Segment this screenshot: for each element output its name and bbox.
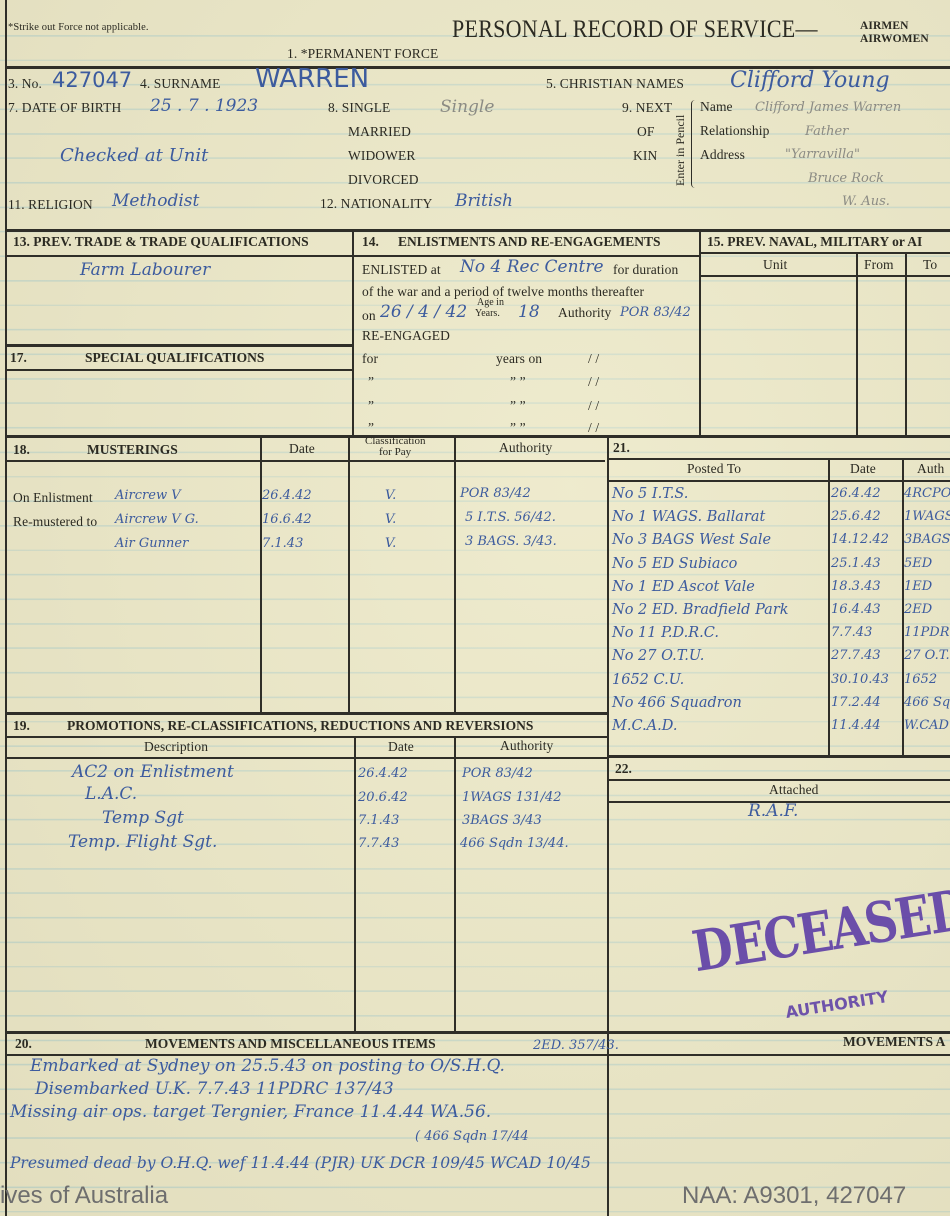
reengaged-label: RE-ENGAGED [362,328,450,344]
musterings-col-authority: Authority [499,440,552,456]
promotion-row-1-description: AC2 on Enlistment [72,762,234,782]
posting-row-posted-to: No 1 WAGS. Ballarat [612,509,765,525]
posting-row-auth: 1WAGS [904,509,950,524]
posting-row-posted-to: No 2 ED. Bradfield Park [612,602,789,618]
next-of-kin-label-2: OF [637,124,654,140]
movements-num: 20. [15,1036,32,1052]
posting-row-posted-to: No 5 I.T.S. [612,486,688,502]
posting-row-posted-to: 1652 C.U. [612,672,684,688]
mustering-row-3-date: 7.1.43 [262,536,303,551]
mustering-row-1-trade: Aircrew V [115,488,181,503]
kin-address-line-3: W. Aus. [842,194,890,209]
mustering-row-2-label: Re-mustered to [13,514,97,530]
surname-value: WARREN [255,64,369,94]
posting-row-auth: 2ED [904,602,950,617]
mustering-row-3-pay: V. [385,536,396,551]
reengaged-row-4-date: / / [588,420,599,436]
kin-address-line-2: Bruce Rock [808,171,884,186]
deceased-stamp-authority: AUTHORITY [784,987,889,1022]
posting-row-auth: 27 O.T.U. [904,648,950,663]
mustering-row-3-authority: 3 BAGS. 3/43. [465,534,557,549]
posting-row-auth: 5ED [904,556,950,571]
prev-trade-value: Farm Labourer [80,260,210,280]
title-suffix-airwomen: AIRWOMEN [860,33,929,45]
promotion-row-4-authority: 466 Sqdn 13/44. [460,836,569,851]
marital-married-label: MARRIED [348,124,411,140]
movements-header: MOVEMENTS AND MISCELLANEOUS ITEMS [145,1036,436,1052]
postings-col-posted-to: Posted To [687,461,741,477]
kin-relationship-label: Relationship [700,123,769,139]
surname-label: 4. SURNAME [140,76,221,92]
mustering-row-3-trade: Air Gunner [115,536,188,551]
movements-line-5: Presumed dead by O.H.Q. wef 11.4.44 (PJR… [10,1154,591,1172]
movements-corner-ref: 2ED. 357/43. [533,1038,619,1053]
musterings-col-date: Date [289,441,315,457]
attached-num: 22. [615,761,632,777]
next-of-kin-label-3: KIN [633,148,657,164]
movements-line-2: Disembarked U.K. 7.7.43 11PDRC 137/43 [35,1079,394,1099]
posting-row-date: 11.4.44 [831,718,881,733]
reengaged-row-4-years: ” ” [510,420,526,436]
service-no-value: 427047 [52,68,132,92]
next-of-kin-label-1: 9. NEXT [622,100,672,116]
dob-value: 25 . 7 . 1923 [150,96,258,116]
posting-row-date: 16.4.43 [831,602,881,617]
watermark-archives: ives of Australia [0,1182,168,1210]
religion-value: Methodist [112,191,199,211]
marital-widower-label: WIDOWER [348,148,415,164]
movements-line-3: Missing air ops. target Tergnier, France… [10,1102,491,1122]
promotions-header: PROMOTIONS, RE-CLASSIFICATIONS, REDUCTIO… [67,718,533,734]
deceased-stamp: DECEASED [688,877,950,985]
movements-right-header: MOVEMENTS A [843,1034,945,1050]
posting-row-date: 26.4.42 [831,486,881,501]
posting-row-posted-to: No 27 O.T.U. [612,648,704,664]
posting-row-posted-to: No 466 Squadron [612,695,742,711]
pencil-note: Enter in Pencil [673,115,688,186]
attached-header: Attached [769,782,819,798]
posting-row-auth: 1652 [904,672,950,687]
reengaged-row-3-for: ” [368,398,374,414]
reengaged-row-1-years: years on [496,351,542,367]
enlistments-num: 14. [362,234,379,250]
reengaged-row-3-date: / / [588,398,599,414]
postings-col-auth: Auth [917,461,944,477]
kin-bracket [691,100,697,188]
promotion-row-2-description: L.A.C. [85,784,137,804]
promotion-row-3-date: 7.1.43 [358,813,399,828]
promotion-row-3-authority: 3BAGS 3/43 [462,813,542,828]
posting-row-auth: 11PDRC [904,625,950,640]
posting-row-auth: 466 Sqn [904,695,950,710]
service-no-label: 3. No. [8,76,42,92]
enlisted-at-label: ENLISTED at [362,262,441,278]
reengaged-row-2-years: ” ” [510,374,526,390]
posting-row-date: 18.3.43 [831,579,881,594]
watermark-naa-reference: NAA: A9301, 427047 [682,1182,906,1210]
nationality-label: 12. NATIONALITY [320,196,432,212]
prev-service-col-to: To [923,257,937,273]
posting-row-auth: 1ED [904,579,950,594]
mustering-row-1-date: 26.4.42 [262,488,312,503]
enlistments-header: ENLISTMENTS AND RE-ENGAGEMENTS [398,234,661,250]
promotion-row-2-date: 20.6.42 [358,790,408,805]
promotion-row-4-date: 7.7.43 [358,836,399,851]
mustering-row-1-pay: V. [385,488,396,503]
reengaged-row-2-date: / / [588,374,599,390]
special-qual-num: 17. [10,350,27,366]
kin-name-label: Name [700,99,733,115]
kin-relationship-value: Father [805,124,848,139]
promotion-row-1-authority: POR 83/42 [462,766,533,781]
reengaged-row-1-date: / / [588,351,599,367]
age-value: 18 [518,302,540,322]
posting-row-date: 25.1.43 [831,556,881,571]
authority-label: Authority [558,305,611,321]
promotions-col-authority: Authority [500,738,553,754]
age-label-2: Years. [475,309,500,319]
enlisted-at-value: No 4 Rec Centre [460,257,604,277]
mustering-row-2-trade: Aircrew V G. [115,512,199,527]
reengaged-row-3-years: ” ” [510,398,526,414]
posting-row-auth: 4RCPO [904,486,950,501]
dob-label: 7. DATE OF BIRTH [8,100,121,116]
kin-address-label: Address [700,147,745,163]
service-record-page: *Strike out Force not applicable. PERSON… [0,0,950,1216]
enlistment-authority-value: POR 83/42 [620,305,691,320]
posting-row-date: 14.12.42 [831,532,889,547]
force-label: 1. *PERMANENT FORCE [287,46,438,62]
checked-note: Checked at Unit [60,145,208,166]
movements-line-4: ( 466 Sqdn 17/44 [415,1129,529,1144]
promotion-row-3-description: Temp Sgt [102,808,184,828]
promotions-col-date: Date [388,739,414,755]
kin-name-value: Clifford James Warren [755,100,901,115]
posting-row-date: 30.10.43 [831,672,889,687]
posting-row-auth: 3BAGS [904,532,950,547]
prev-trade-header: 13. PREV. TRADE & TRADE QUALIFICATIONS [13,234,309,250]
page-title: PERSONAL RECORD OF SERVICE— [452,16,818,44]
posting-row-posted-to: No 1 ED Ascot Vale [612,579,755,595]
promotion-row-2-authority: 1WAGS 131/42 [462,790,562,805]
marital-value: Single [440,97,494,117]
marital-divorced-label: DIVORCED [348,172,419,188]
reengaged-row-4-for: ” [368,420,374,436]
mustering-row-1-label: On Enlistment [13,490,93,506]
posting-row-posted-to: No 3 BAGS West Sale [612,532,771,548]
age-label-1: Age in [477,298,504,308]
promotions-num: 19. [13,718,30,734]
attached-value: R.A.F. [748,801,798,821]
nationality-value: British [455,191,513,211]
special-qual-header: SPECIAL QUALIFICATIONS [85,350,264,366]
prev-service-header: 15. PREV. NAVAL, MILITARY or AI [707,234,922,250]
reengaged-row-1-for: for [362,351,378,367]
posting-row-posted-to: No 11 P.D.R.C. [612,625,719,641]
promotion-row-1-date: 26.4.42 [358,766,408,781]
enlisted-on-label: on [362,308,376,324]
posting-row-auth: W.CAD [904,718,950,733]
strike-note: *Strike out Force not applicable. [8,22,149,33]
movements-line-1: Embarked at Sydney on 25.5.43 on posting… [30,1056,505,1076]
posting-row-posted-to: M.C.A.D. [612,718,677,734]
prev-service-col-unit: Unit [763,257,787,273]
kin-address-line-1: "Yarravilla" [785,147,860,162]
musterings-header: MUSTERINGS [87,442,178,458]
posting-row-date: 7.7.43 [831,625,872,640]
posting-row-posted-to: No 5 ED Subiaco [612,556,737,572]
postings-num: 21. [613,440,630,456]
marital-single-label: 8. SINGLE [328,100,390,116]
posting-row-date: 27.7.43 [831,648,881,663]
mustering-row-2-authority: 5 I.T.S. 56/42. [465,510,556,525]
promotion-row-4-description: Temp. Flight Sgt. [68,832,217,852]
postings-col-date: Date [850,461,876,477]
promotions-col-description: Description [144,739,208,755]
musterings-col-for-pay: for Pay [379,447,411,458]
christian-names-value: Clifford Young [730,68,890,93]
christian-names-label: 5. CHRISTIAN NAMES [546,76,684,92]
mustering-row-2-pay: V. [385,512,396,527]
title-suffix-airmen: AIRMEN [860,20,909,32]
mustering-row-1-authority: POR 83/42 [460,486,531,501]
mustering-row-2-date: 16.6.42 [262,512,312,527]
reengaged-row-2-for: ” [368,374,374,390]
religion-label: 11. RELIGION [8,197,93,213]
enlisted-on-value: 26 / 4 / 42 [380,302,467,322]
posting-row-date: 17.2.44 [831,695,881,710]
musterings-num: 18. [13,442,30,458]
posting-row-date: 25.6.42 [831,509,881,524]
prev-service-col-from: From [864,257,894,273]
duration-text: for duration [613,262,678,278]
